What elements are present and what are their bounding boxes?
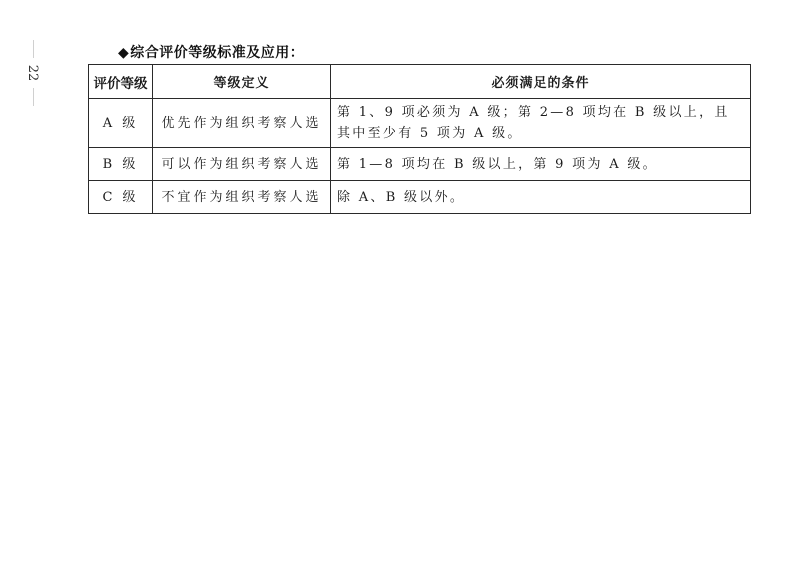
cell-condition: 第 1、9 项必须为 A 级；第 2—8 项均在 B 级以上，且其中至少有 5 … — [331, 99, 751, 148]
cell-level: C 级 — [89, 181, 153, 214]
cell-definition: 优先作为组织考察人选 — [153, 99, 331, 148]
cell-condition: 第 1—8 项均在 B 级以上，第 9 项为 A 级。 — [331, 148, 751, 181]
table-row: A 级 优先作为组织考察人选 第 1、9 项必须为 A 级；第 2—8 项均在 … — [89, 99, 751, 148]
header-required-conditions: 必须满足的条件 — [331, 65, 751, 99]
page-number: 22 — [17, 63, 47, 83]
cell-condition: 除 A、B 级以外。 — [331, 181, 751, 214]
margin-rule-top — [33, 40, 34, 58]
cell-definition: 可以作为组织考察人选 — [153, 148, 331, 181]
table-header-row: 评价等级 等级定义 必须满足的条件 — [89, 65, 751, 99]
grade-standards-table: 评价等级 等级定义 必须满足的条件 A 级 优先作为组织考察人选 第 1、9 项… — [88, 64, 751, 214]
header-evaluation-level: 评价等级 — [89, 65, 153, 99]
section-heading: ◆综合评价等级标准及应用： — [118, 42, 304, 62]
table-row: C 级 不宜作为组织考察人选 除 A、B 级以外。 — [89, 181, 751, 214]
margin-rule-bottom — [33, 88, 34, 106]
table-row: B 级 可以作为组织考察人选 第 1—8 项均在 B 级以上，第 9 项为 A … — [89, 148, 751, 181]
section-heading-text: 综合评价等级标准及应用： — [130, 45, 304, 61]
diamond-bullet-icon: ◆ — [118, 45, 129, 61]
cell-definition: 不宜作为组织考察人选 — [153, 181, 331, 214]
header-level-definition: 等级定义 — [153, 65, 331, 99]
cell-level: B 级 — [89, 148, 153, 181]
cell-level: A 级 — [89, 99, 153, 148]
